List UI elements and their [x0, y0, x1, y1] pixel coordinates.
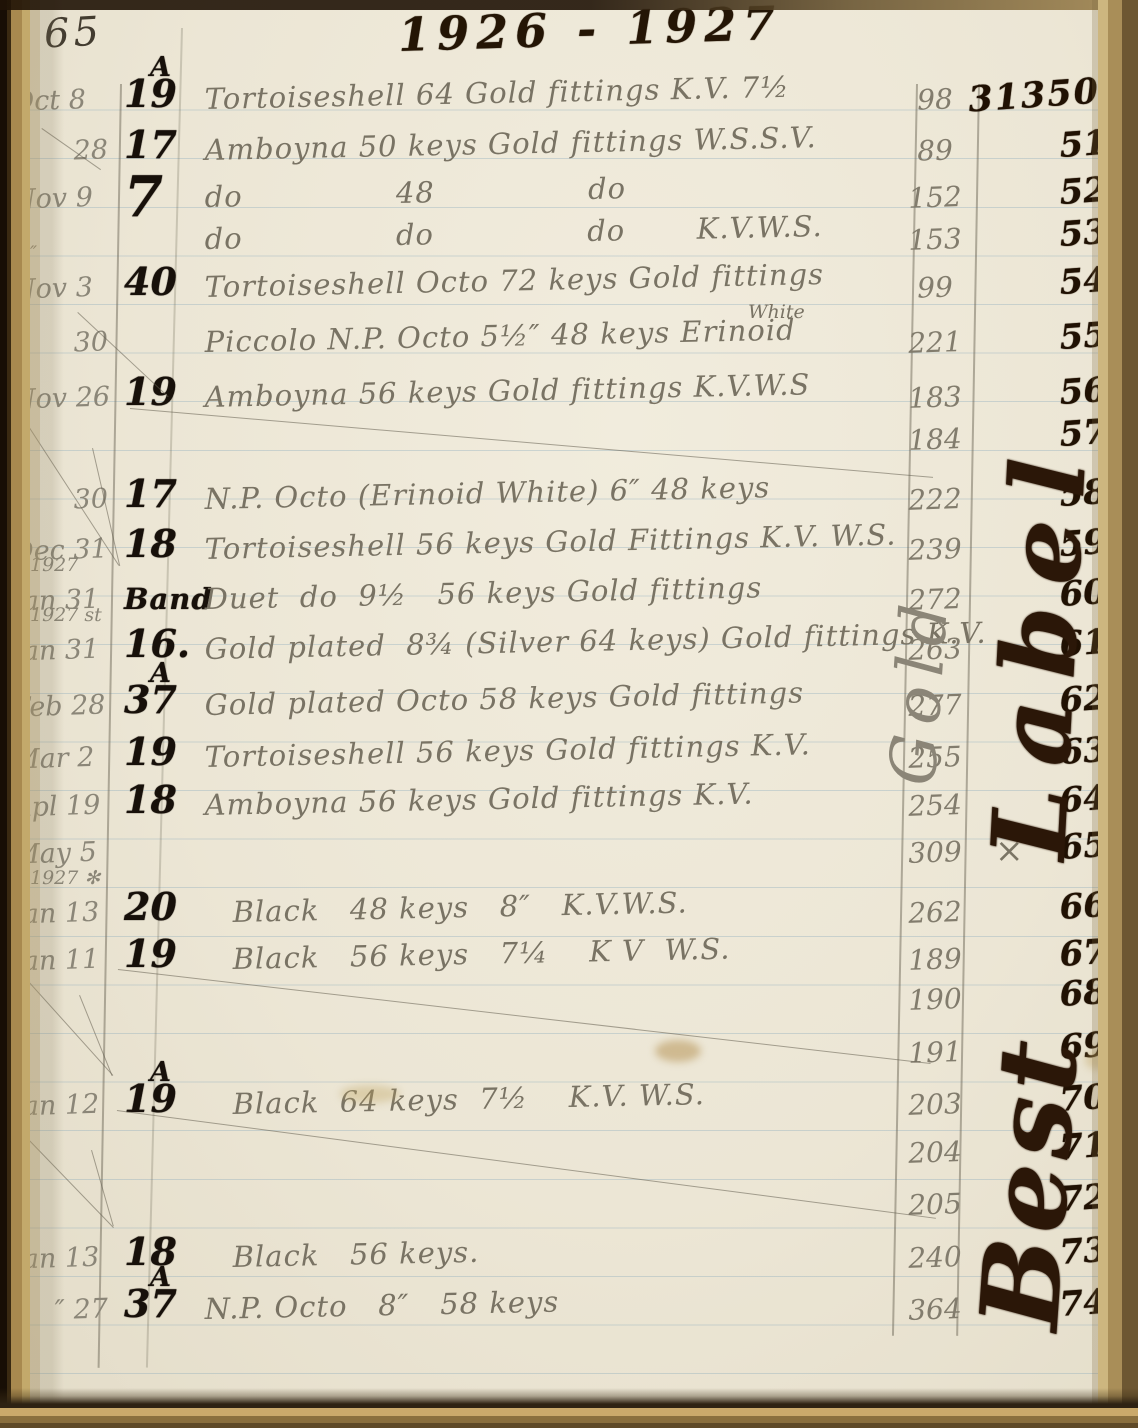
entry-description: Amboyna 56 keys Gold fittings K.V. [204, 774, 895, 822]
book-top-edge [0, 0, 1138, 10]
paper-stain [655, 1040, 701, 1062]
entry-batch-number: 89 [895, 133, 974, 169]
entry-description: Black 64 keys 7½ K.V. W.S. [232, 1073, 923, 1121]
entry-batch-number: 222 [895, 482, 974, 518]
entry-batch-number: 183 [895, 380, 974, 416]
entry-quantity-ink: 40 [124, 259, 199, 304]
entry-description: N.P. Octo 8″ 58 keys [204, 1278, 895, 1326]
entry-description: Tortoiseshell Octo 72 keys Gold fittings [204, 256, 895, 304]
entry-quantity-ink: 20 [124, 884, 199, 929]
entry-quantity-ink: 18 [124, 521, 199, 566]
entry-quantity-ink: 17 [124, 122, 199, 167]
ledger-row: Oct 819ATortoiseshell 64 Gold fittings K… [0, 72, 1138, 118]
entry-quantity-ink: 19 [124, 931, 199, 976]
ledger-page-scan: 65 1926 - 1927 Oct 819ATortoiseshell 64 … [0, 0, 1138, 1428]
entry-quantity-ink: Band [124, 582, 199, 616]
entry-batch-number: 221 [895, 325, 974, 361]
entry-serial-number-ink: 52 [984, 170, 1108, 218]
entry-serial-number-ink: 53 [984, 212, 1108, 260]
entry-description: Duet do 9½ 56 keys Gold fittings [204, 568, 895, 616]
entry-description: do 48 do [204, 166, 895, 214]
entry-description: Amboyna 56 keys Gold fittings K.V.W.S [204, 366, 895, 414]
page-stack-right-edge [1092, 0, 1138, 1428]
entry-description: Gold plated 8¾ (Silver 64 keys) Gold fit… [204, 618, 895, 666]
entry-description: Tortoiseshell 64 Gold fittings K.V. 7½ [204, 68, 895, 116]
entry-batch-number: 152 [895, 180, 974, 216]
entry-batch-number: 184 [895, 422, 974, 458]
entry-description: Gold plated Octo 58 keys Gold fittings [204, 674, 895, 722]
entry-description: do do do K.V.W.S. [204, 208, 895, 256]
entry-quantity-ink: 18 [124, 777, 199, 822]
entry-batch-number: 203 [895, 1087, 974, 1123]
paper-stain [340, 1085, 400, 1103]
entry-description: Black 48 keys 8″ K.V.W.S. [232, 881, 923, 929]
entry-description: Tortoiseshell 56 keys Gold Fittings K.V.… [204, 518, 895, 566]
page-stack-bottom-edge [0, 1382, 1138, 1428]
ledger-row: Nov 97do 48 do15252 [0, 170, 1138, 216]
entry-batch-number: 153 [895, 222, 974, 258]
ledger-row: Nov 2619Amboyna 56 keys Gold fittings K.… [0, 370, 1138, 416]
entry-quantity-a-mark: A [150, 1057, 171, 1088]
entry-batch-number: 99 [895, 270, 974, 306]
entry-description: Black 56 keys 7¼ K V W.S. [232, 928, 923, 976]
entry-quantity-a-mark: A [150, 1262, 171, 1293]
entry-serial-number-ink: 31350 [967, 70, 1102, 120]
book-binding-edge [0, 0, 64, 1428]
entry-description: Black 56 keys. [232, 1226, 923, 1274]
entry-batch-number: 98 [895, 82, 974, 118]
entry-description-inserted-word: White [748, 301, 805, 323]
entry-quantity-ink: 19 [124, 729, 199, 774]
entry-quantity-ink: 17 [124, 471, 199, 516]
ledger-row: 30Piccolo N.P. Octo 5½″ 48 keys ErinoidW… [0, 315, 1138, 361]
entry-description: Tortoiseshell 56 keys Gold fittings K.V. [204, 726, 895, 774]
entry-quantity-a-mark: A [150, 52, 171, 83]
entry-description: N.P. Octo (Erinoid White) 6″ 48 keys [204, 468, 895, 516]
entry-batch-number: 191 [895, 1035, 974, 1071]
entry-description: Amboyna 50 keys Gold fittings W.S.S.V. [204, 119, 895, 167]
ledger-row: 2817Amboyna 50 keys Gold fittings W.S.S.… [0, 123, 1138, 169]
ledger-row: Nov 3″40Tortoiseshell Octo 72 keys Gold … [0, 260, 1138, 306]
entry-quantity-a-mark: A [150, 658, 171, 689]
ledger-row: do do do K.V.W.S.15353 [0, 212, 1138, 258]
entry-serial-number-ink: 51 [984, 123, 1108, 171]
ledger-row: 18457 [0, 412, 1138, 458]
ledger-row: 3017N.P. Octo (Erinoid White) 6″ 48 keys… [0, 472, 1138, 518]
